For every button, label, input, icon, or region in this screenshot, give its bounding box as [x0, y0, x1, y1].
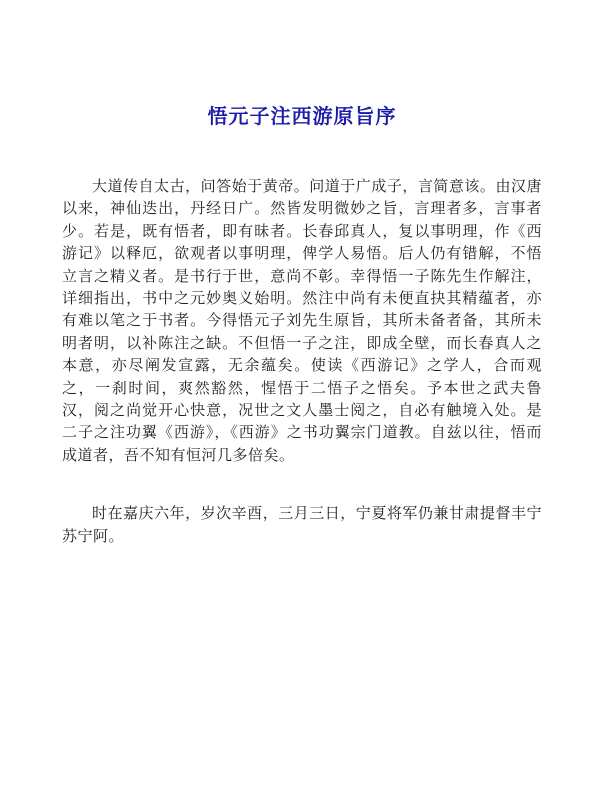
- signature-dateline: 时在嘉庆六年，岁次辛酉，三月三日，宁夏将军仍兼甘肃提督丰宁苏宁阿。: [62, 502, 542, 547]
- page-title: 悟元子注西游原旨序: [62, 100, 542, 129]
- preface-body-paragraph: 大道传自太古，问答始于黄帝。问道于广成子，言简意该。由汉唐以来，神仙迭出，丹经日…: [62, 175, 542, 466]
- document-page: 悟元子注西游原旨序 大道传自太古，问答始于黄帝。问道于广成子，言简意该。由汉唐以…: [0, 0, 600, 800]
